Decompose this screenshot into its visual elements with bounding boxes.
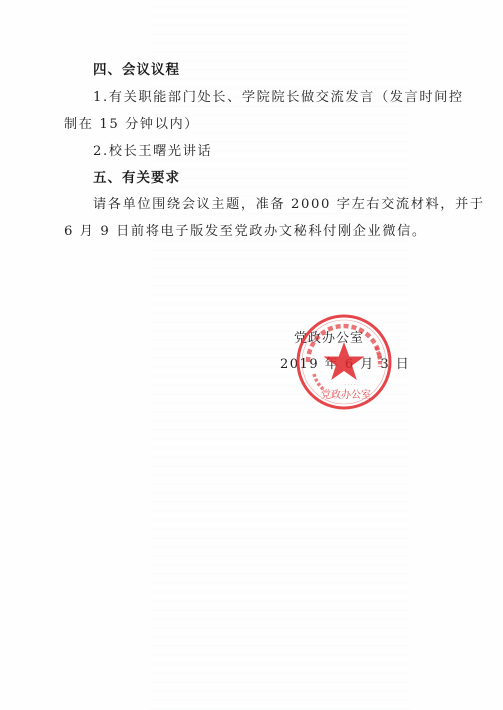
- signature-office: 党政办公室: [294, 330, 364, 348]
- signature-date: 2019 年 6 月 3 日: [280, 356, 410, 374]
- agenda-item-2: 2.校长王曙光讲话: [93, 143, 212, 161]
- section4-heading: 四、会议议程: [93, 61, 180, 79]
- agenda-item-1-line2: 制在 15 分钟以内）: [64, 116, 199, 134]
- document-page: 四、会议议程 1.有关职能部门处长、学院院长做交流发言（发言时间控 制在 15 …: [0, 0, 503, 710]
- requirements-paragraph-line1: 请各单位围绕会议主题，准备 2000 字左右交流材料，并于: [93, 196, 485, 214]
- agenda-item-1-line1: 1.有关职能部门处长、学院院长做交流发言（发言时间控: [93, 89, 464, 107]
- section5-heading: 五、有关要求: [93, 169, 180, 187]
- requirements-paragraph-line2: 6 月 9 日前将电子版发至党政办文秘科付刚企业微信。: [64, 223, 427, 241]
